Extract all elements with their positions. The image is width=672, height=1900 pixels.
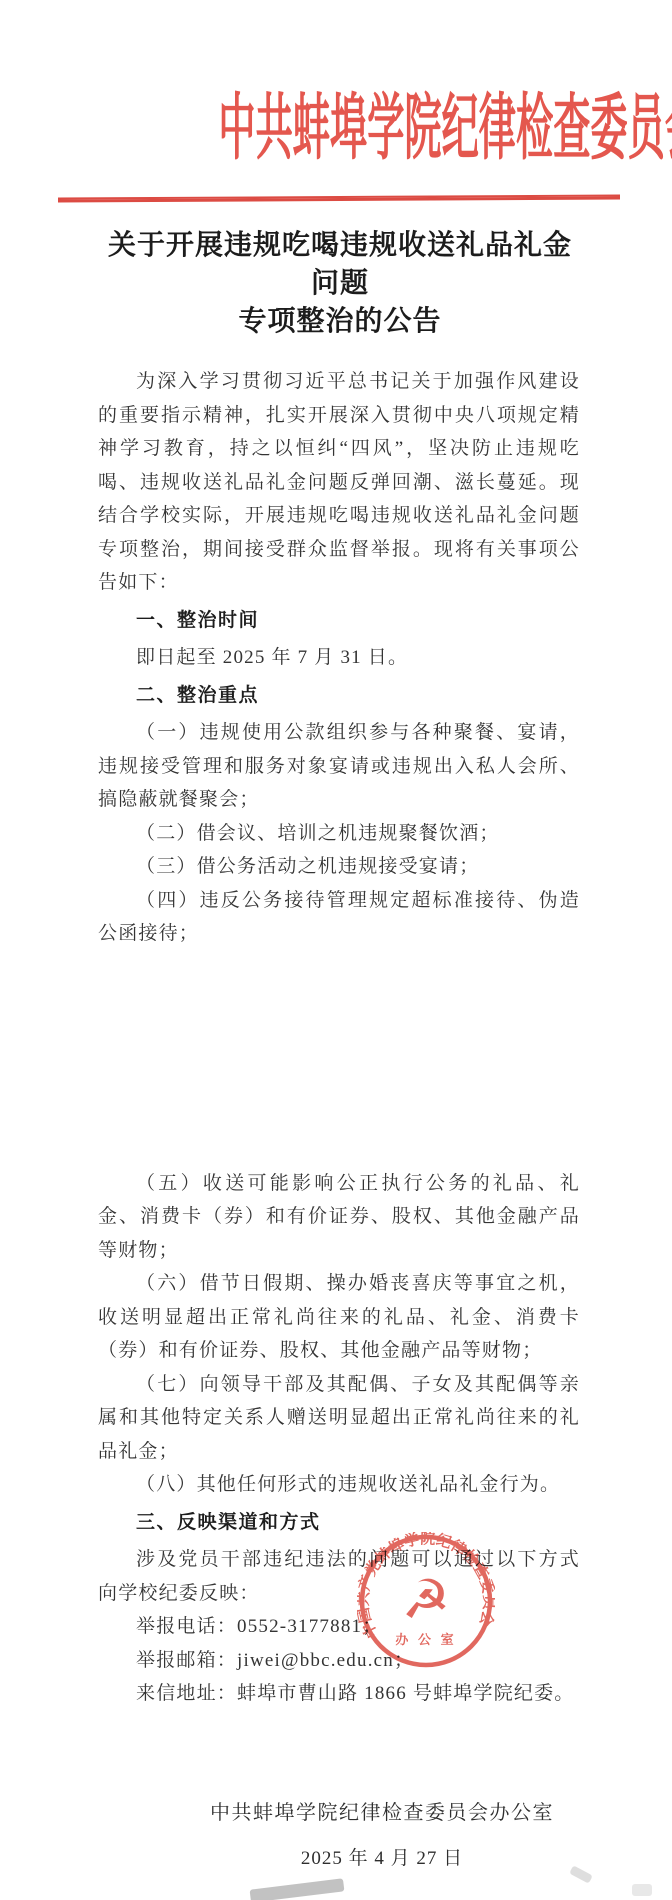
item-4: （四）违反公务接待管理规定超标准接待、伪造公函接待；: [98, 884, 580, 951]
document-title: 关于开展违规吃喝违规收送礼品礼金问题 专项整治的公告: [98, 227, 582, 341]
signature-org: 中共蚌埠学院纪律检查委员会办公室: [210, 1797, 554, 1830]
letterhead-divider: [58, 195, 620, 203]
section2-heading: 二、整治重点: [98, 679, 580, 713]
section3-intro: 涉及党员干部违纪违法的问题可以通过以下方式向学校纪委反映：: [98, 1543, 580, 1610]
section1-body: 即日起至 2025 年 7 月 31 日。: [98, 641, 580, 675]
report-email: 举报邮箱：jiwei@bbc.edu.cn；: [98, 1644, 580, 1678]
signature-date: 2025 年 4 月 27 日: [210, 1843, 554, 1870]
section3-heading: 三、反映渠道和方式: [98, 1506, 580, 1540]
item-2: （二）借会议、培训之机违规聚餐饮酒；: [98, 817, 580, 851]
item-5: （五）收送可能影响公正执行公务的礼品、礼金、消费卡（券）和有价证券、股权、其他金…: [98, 1167, 580, 1268]
intro-paragraph: 为深入学习贯彻习近平总书记关于加强作风建设的重要指示精神，扎实开展深入贯彻中央八…: [98, 365, 580, 600]
report-phone: 举报电话：0552-3177881；: [98, 1610, 580, 1644]
page-break-gap: [98, 951, 580, 1167]
item-7: （七）向领导干部及其配偶、子女及其配偶等亲属和其他特定关系人赠送明显超出正常礼尚…: [98, 1368, 580, 1469]
letterhead-text: 中共蚌埠学院纪律检查委员会办公室: [218, 92, 672, 168]
item-3: （三）借公务活动之机违规接受宴请；: [98, 850, 580, 884]
scan-artifact: [250, 1878, 345, 1900]
item-8: （八）其他任何形式的违规收送礼品礼金行为。: [98, 1468, 580, 1502]
item-6: （六）借节日假期、操办婚丧喜庆等事宜之机，收送明显超出正常礼尚往来的礼品、礼金、…: [98, 1267, 580, 1368]
document-title-line2: 专项整治的公告: [98, 303, 582, 341]
letterhead: 中共蚌埠学院纪律检查委员会办公室: [20, 92, 652, 170]
item-1: （一）违规使用公款组织参与各种聚餐、宴请，违规接受管理和服务对象宴请或违规出入私…: [98, 716, 580, 817]
document-title-line1: 关于开展违规吃喝违规收送礼品礼金问题: [98, 227, 582, 303]
report-address: 来信地址：蚌埠市曹山路 1866 号蚌埠学院纪委。: [98, 1677, 580, 1711]
document-body: 为深入学习贯彻习近平总书记关于加强作风建设的重要指示精神，扎实开展深入贯彻中央八…: [98, 365, 580, 1711]
scan-artifact: [632, 1884, 652, 1896]
document-page: 中共蚌埠学院纪律检查委员会办公室 关于开展违规吃喝违规收送礼品礼金问题 专项整治…: [0, 0, 672, 1900]
section1-heading: 一、整治时间: [98, 604, 580, 638]
signature-block: 中共蚌埠学院纪律检查委员会办公室 2025 年 4 月 27 日: [0, 1797, 672, 1870]
